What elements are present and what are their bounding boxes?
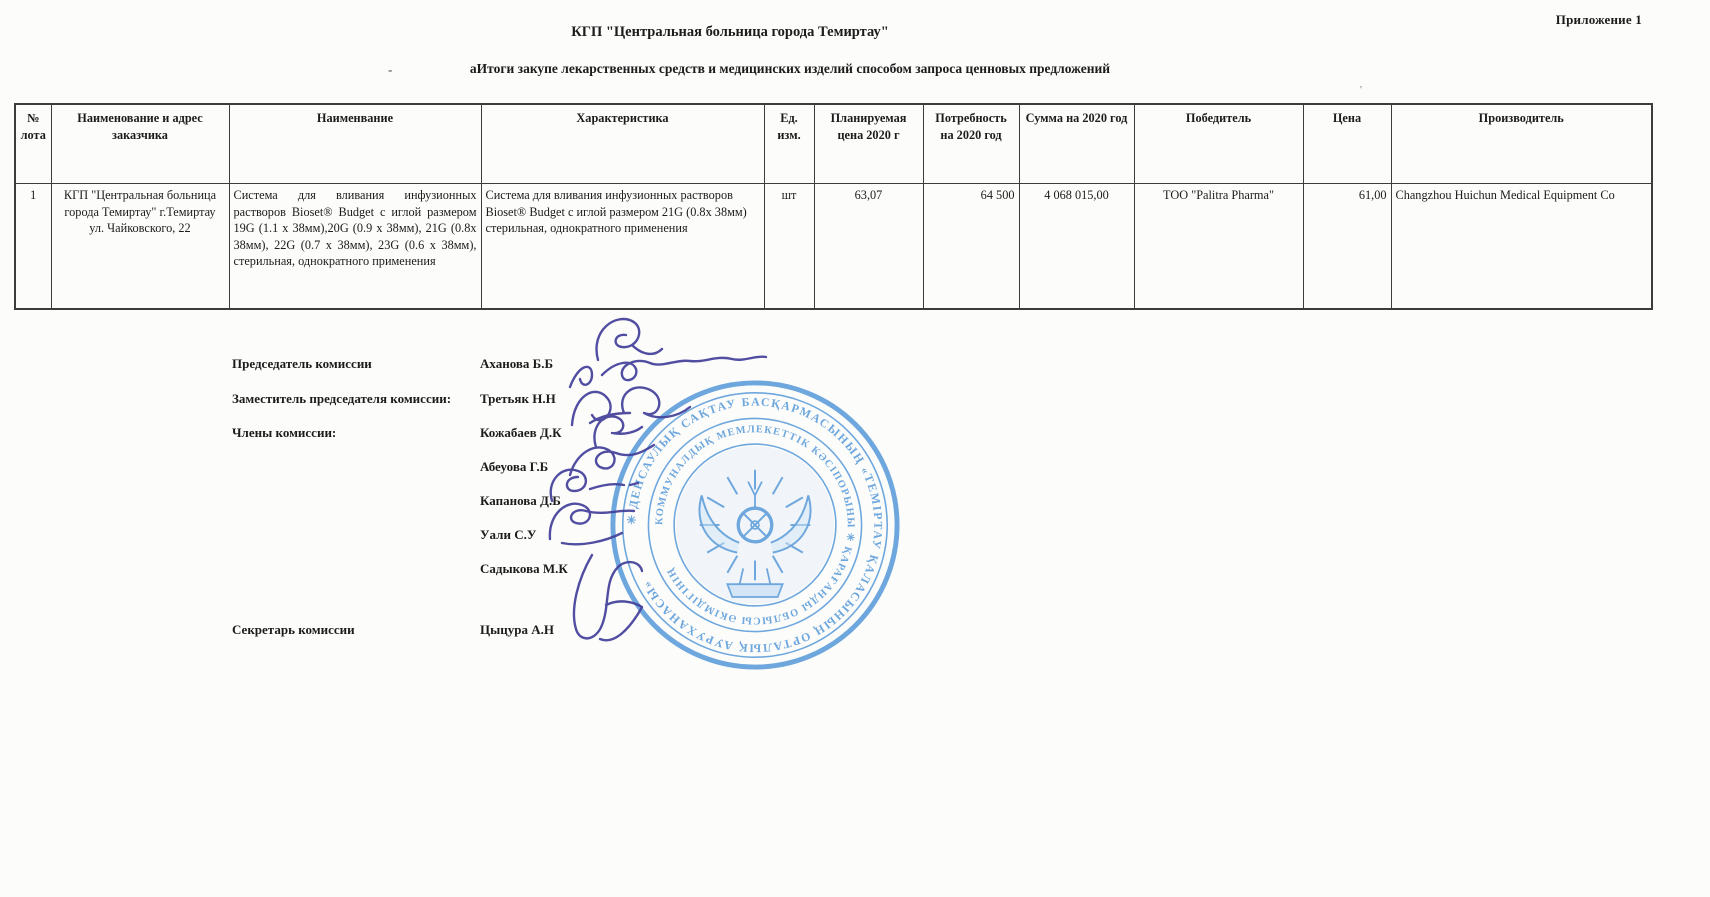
cell-price: 61,00 <box>1303 184 1391 310</box>
signature-ink <box>520 305 950 680</box>
cell-unit: шт <box>764 184 814 310</box>
document-subtitle: аИтоги закупе лекарственных средств и ме… <box>0 61 1580 77</box>
appendix-label: Приложение 1 <box>1556 12 1642 28</box>
header-cell-sum: Сумма на 2020 год <box>1019 104 1134 184</box>
header-cell-unit: Ед. изм. <box>764 104 814 184</box>
signature-tretyak <box>570 357 766 387</box>
signature-kapanova <box>570 445 654 475</box>
cell-lot: 1 <box>15 184 51 310</box>
header-cell-price: Цена <box>1303 104 1391 184</box>
cell-sum: 4 068 015,00 <box>1019 184 1134 310</box>
cell-winner: ТОО "Palitra Pharma" <box>1134 184 1303 310</box>
cell-planned-price: 63,07 <box>814 184 923 310</box>
cell-need: 64 500 <box>923 184 1019 310</box>
header-cell-name: Наименвание <box>229 104 481 184</box>
scan-artifact-tick: ' <box>1360 84 1362 96</box>
signature-akhanova <box>597 319 662 360</box>
table-row: 1 КГП "Центральная больница города Темир… <box>15 184 1652 310</box>
procurement-results-table: № лота Наименование и адрес заказчика На… <box>14 103 1653 310</box>
scanned-document-page: Приложение 1 КГП "Центральная больница г… <box>0 0 1710 897</box>
table-header-row: № лота Наименование и адрес заказчика На… <box>15 104 1652 184</box>
cell-characteristic: Система для вливания инфузионных раствор… <box>481 184 764 310</box>
signature-sadykova <box>550 504 634 545</box>
header-cell-manufacturer: Производитель <box>1391 104 1652 184</box>
signature-abeuova <box>590 413 642 447</box>
cell-manufacturer: Changzhou Huichun Medical Equipment Co <box>1391 184 1652 310</box>
header-cell-lot: № лота <box>15 104 51 184</box>
cell-name: Система для вливания инфузионных раствор… <box>229 184 481 310</box>
header-cell-need: Потребность на 2020 год <box>923 104 1019 184</box>
signature-kozhabaev <box>572 387 690 425</box>
header-cell-customer: Наименование и адрес заказчика <box>51 104 229 184</box>
signature-uali <box>551 470 638 501</box>
document-title: КГП "Центральная больница города Темирта… <box>0 24 1460 41</box>
header-cell-characteristic: Характеристика <box>481 104 764 184</box>
scan-artifact-dash: - <box>388 62 392 78</box>
signature-tsytsura <box>574 555 642 640</box>
header-cell-planned-price: Планируемая цена 2020 г <box>814 104 923 184</box>
cell-customer: КГП "Центральная больница города Темирта… <box>51 184 229 310</box>
header-cell-winner: Победитель <box>1134 104 1303 184</box>
